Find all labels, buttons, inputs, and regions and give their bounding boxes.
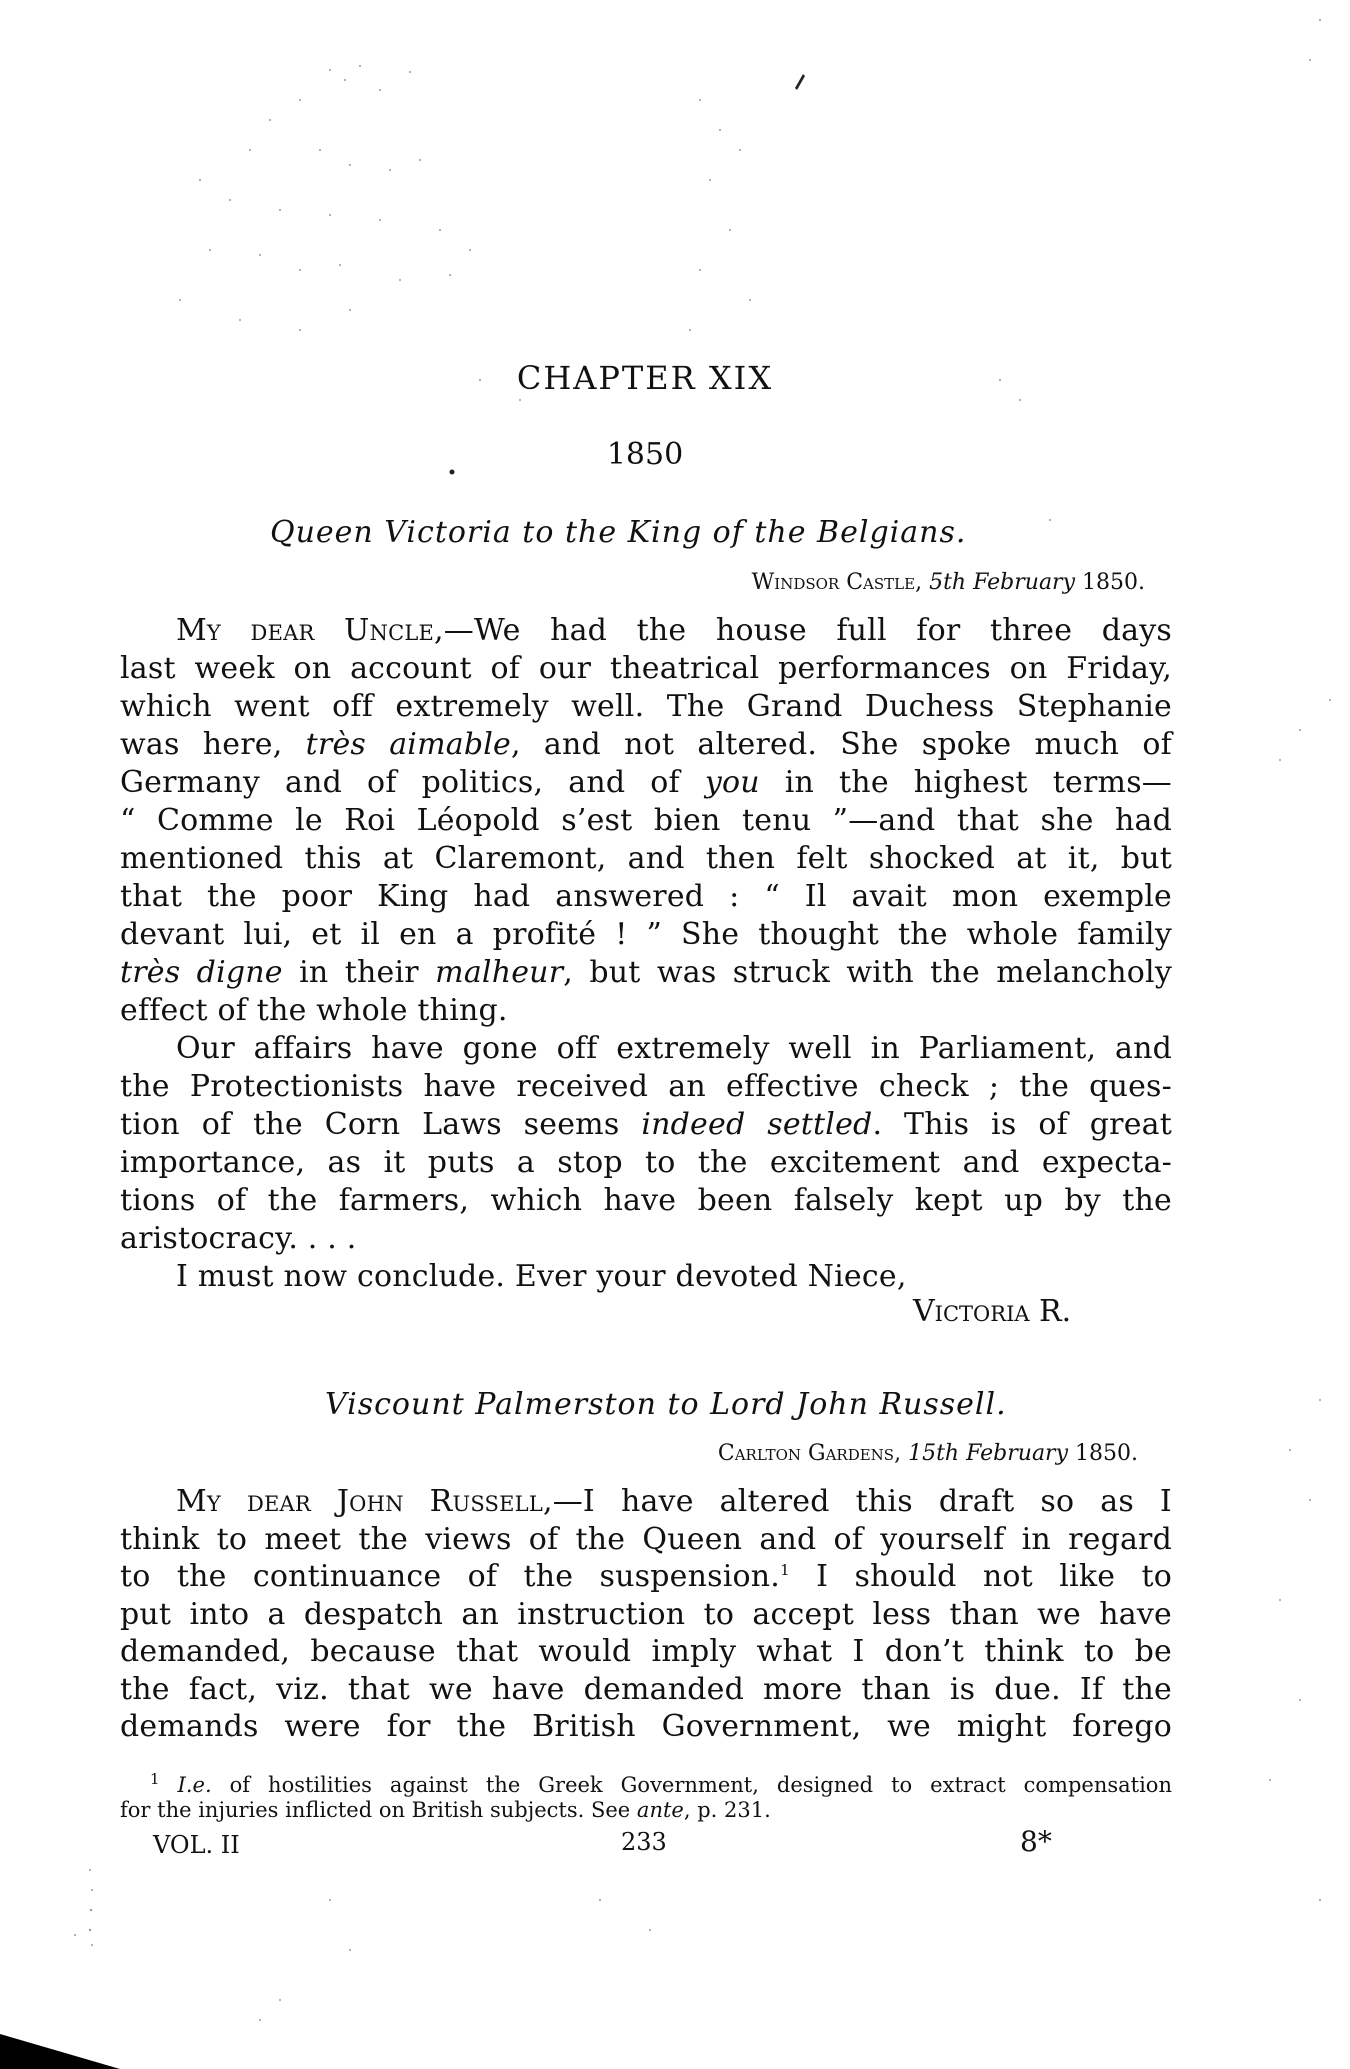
footnote-line-1: 1 I.e. of hostilities against the Greek … <box>150 1773 1172 1798</box>
body-line: My dear Uncle,—We had the house full for… <box>176 612 1172 650</box>
letter-1-dateline: Windsor Castle, 5th February 1850. <box>685 572 1145 594</box>
body-line: that the poor King had answered : “ Il a… <box>120 878 1172 916</box>
salutation: My dear John Russell, <box>176 1484 553 1519</box>
body-line: “ Comme le Roi Léopold s’est bien tenu ”… <box>120 802 1172 840</box>
letter-1-title: Queen Victoria to the King of the Belgia… <box>270 518 966 548</box>
body-line: think to meet the views of the Queen and… <box>120 1521 1172 1559</box>
body-line: Germany and of politics, and of you in t… <box>120 764 1172 802</box>
pencil-mark <box>795 74 805 90</box>
chapter-year: 1850 <box>0 440 1350 470</box>
body-line: was here, très aimable, and not altered.… <box>120 726 1172 764</box>
chapter-heading: CHAPTER XIX <box>0 362 1350 394</box>
footnote-reference[interactable]: 1 <box>780 1561 790 1579</box>
body-line: I must now conclude. Ever your devoted N… <box>176 1258 1172 1296</box>
letter-2-place: Carlton Gardens <box>718 1441 894 1466</box>
body-line: aristocracy. . . . <box>120 1220 1172 1258</box>
volume-label: VOL. II <box>153 1833 240 1857</box>
letter-2-dateline: Carlton Gardens, 15th February 1850. <box>640 1443 1138 1465</box>
book-page: CHAPTER XIX 1850 Queen Victoria to the K… <box>0 0 1350 2069</box>
letter-1-place: Windsor Castle <box>752 570 915 595</box>
letter-2-title: Viscount Palmerston to Lord John Russell… <box>325 1390 1007 1420</box>
body-line: the fact, viz. that we have demanded mor… <box>120 1671 1172 1709</box>
body-line: tions of the farmers, which have been fa… <box>120 1182 1172 1220</box>
body-line: tion of the Corn Laws seems indeed settl… <box>120 1106 1172 1144</box>
signature-mark: 8* <box>1020 1828 1052 1856</box>
body-line: put into a despatch an instruction to ac… <box>120 1596 1172 1634</box>
page-edge-shadow <box>0 2034 130 2069</box>
body-line: to the continuance of the suspension.1 I… <box>120 1558 1172 1596</box>
body-line: Our affairs have gone off extremely well… <box>176 1030 1172 1068</box>
letter-1-signature: Victoria R. <box>913 1297 1071 1327</box>
page-number: 233 <box>621 1830 667 1854</box>
body-line: devant lui, et il en a profité ! ” She t… <box>120 916 1172 954</box>
body-line: My dear John Russell,—I have altered thi… <box>176 1483 1172 1521</box>
body-line: last week on account of our theatrical p… <box>120 650 1172 688</box>
body-line: which went off extremely well. The Grand… <box>120 688 1172 726</box>
body-line: très digne in their malheur, but was str… <box>120 954 1172 992</box>
body-line: the Protectionists have received an effe… <box>120 1068 1172 1106</box>
body-line: demands were for the British Government,… <box>120 1708 1172 1746</box>
salutation: My dear Uncle, <box>176 613 444 648</box>
body-line: importance, as it puts a stop to the exc… <box>120 1144 1172 1182</box>
footnote-line-2: for the injuries inflicted on British su… <box>120 1798 1172 1823</box>
body-line: demanded, because that would imply what … <box>120 1633 1172 1671</box>
body-line: mentioned this at Claremont, and then fe… <box>120 840 1172 878</box>
body-line: effect of the whole thing. <box>120 992 1172 1030</box>
